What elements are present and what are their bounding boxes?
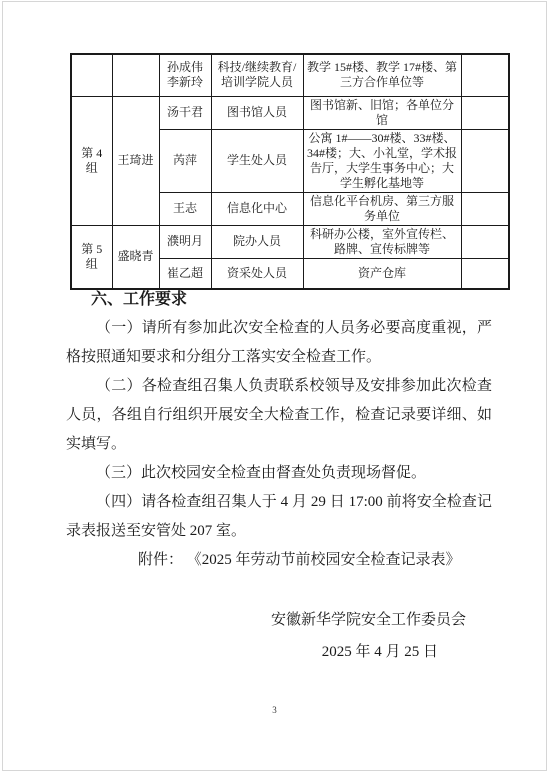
document-page: 孙成伟 李新玲科技/继续教育/培训学院人员教学 15#楼、教学 17#楼、第三方… [2, 1, 547, 771]
page-number: 3 [3, 705, 546, 716]
table-row: 第 4 组王琦进汤干君图书馆人员图书馆新、旧馆；各单位分馆 [71, 96, 509, 129]
signature-date: 2025 年 4 月 25 日 [66, 636, 492, 668]
department-cell: 科技/继续教育/培训学院人员 [211, 54, 303, 96]
member-name-cell: 芮萍 [159, 129, 211, 192]
requirement-paragraph-1: （一）请所有参加此次安全检查的人员务必要高度重视，严格按照通知要求和分组分工落实… [66, 314, 492, 372]
requirement-paragraph-2: （二）各检查组召集人负责联系校领导及安排参加此次检查人员，各组自行组织开展安全大… [66, 372, 492, 459]
area-cell: 科研办公楼，室外宣传栏、路牌、宣传标牌等 [303, 225, 461, 258]
leader-cell [112, 54, 159, 96]
requirement-paragraph-4: （四）请各检查组召集人于 4 月 29 日 17:00 前将安全检查记录表报送至… [66, 488, 492, 546]
department-cell: 信息化中心 [211, 192, 303, 225]
status-cell [461, 96, 509, 129]
requirement-paragraph-3: （三）此次校园安全检查由督查处负责现场督促。 [66, 459, 492, 488]
member-name-cell: 汤干君 [159, 96, 211, 129]
status-cell [461, 192, 509, 225]
document-body: 六、工作要求 （一）请所有参加此次安全检查的人员务必要高度重视，严格按照通知要求… [66, 285, 492, 668]
status-cell [461, 129, 509, 192]
status-cell [461, 54, 509, 96]
member-name-cell: 孙成伟 李新玲 [159, 54, 211, 96]
signature-block: 安徽新华学院安全工作委员会 2025 年 4 月 25 日 [66, 604, 492, 668]
area-cell: 教学 15#楼、教学 17#楼、第三方合作单位等 [303, 54, 461, 96]
group-cell: 第 4 组 [71, 96, 112, 225]
status-cell [461, 225, 509, 258]
member-name-cell: 濮明月 [159, 225, 211, 258]
signature-org: 安徽新华学院安全工作委员会 [66, 604, 492, 636]
inspection-groups-table: 孙成伟 李新玲科技/继续教育/培训学院人员教学 15#楼、教学 17#楼、第三方… [70, 53, 510, 290]
leader-cell: 王琦进 [112, 96, 159, 225]
area-cell: 公寓 1#——30#楼、33#楼、34#楼；大、小礼堂，学术报告厅，大学生事务中… [303, 129, 461, 192]
section-heading: 六、工作要求 [66, 285, 492, 314]
area-cell: 图书馆新、旧馆；各单位分馆 [303, 96, 461, 129]
attachment-line: 附件： 《2025 年劳动节前校园安全检查记录表》 [66, 546, 492, 575]
department-cell: 图书馆人员 [211, 96, 303, 129]
leader-cell: 盛晓青 [112, 225, 159, 289]
group-cell [71, 54, 112, 96]
group-cell: 第 5 组 [71, 225, 112, 289]
area-cell: 信息化平台机房、第三方服务单位 [303, 192, 461, 225]
table-row: 第 5 组盛晓青濮明月院办人员科研办公楼，室外宣传栏、路牌、宣传标牌等 [71, 225, 509, 258]
table-row: 孙成伟 李新玲科技/继续教育/培训学院人员教学 15#楼、教学 17#楼、第三方… [71, 54, 509, 96]
department-cell: 学生处人员 [211, 129, 303, 192]
member-name-cell: 王志 [159, 192, 211, 225]
department-cell: 院办人员 [211, 225, 303, 258]
